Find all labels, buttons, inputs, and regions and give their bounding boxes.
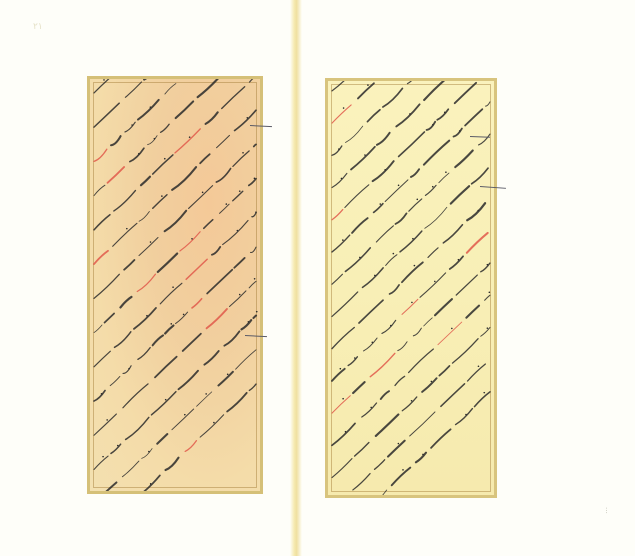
manuscript-spread: ٢١ ... — [0, 0, 635, 556]
left-page-text-block — [87, 76, 263, 494]
calligraphy-text-left — [90, 79, 260, 491]
calligraphy-text-right — [328, 81, 494, 495]
folio-number: ٢١ — [33, 22, 43, 32]
right-page-text-block — [325, 78, 497, 498]
book-gutter — [290, 0, 302, 556]
folio-mark-bottom: ... — [604, 507, 612, 514]
